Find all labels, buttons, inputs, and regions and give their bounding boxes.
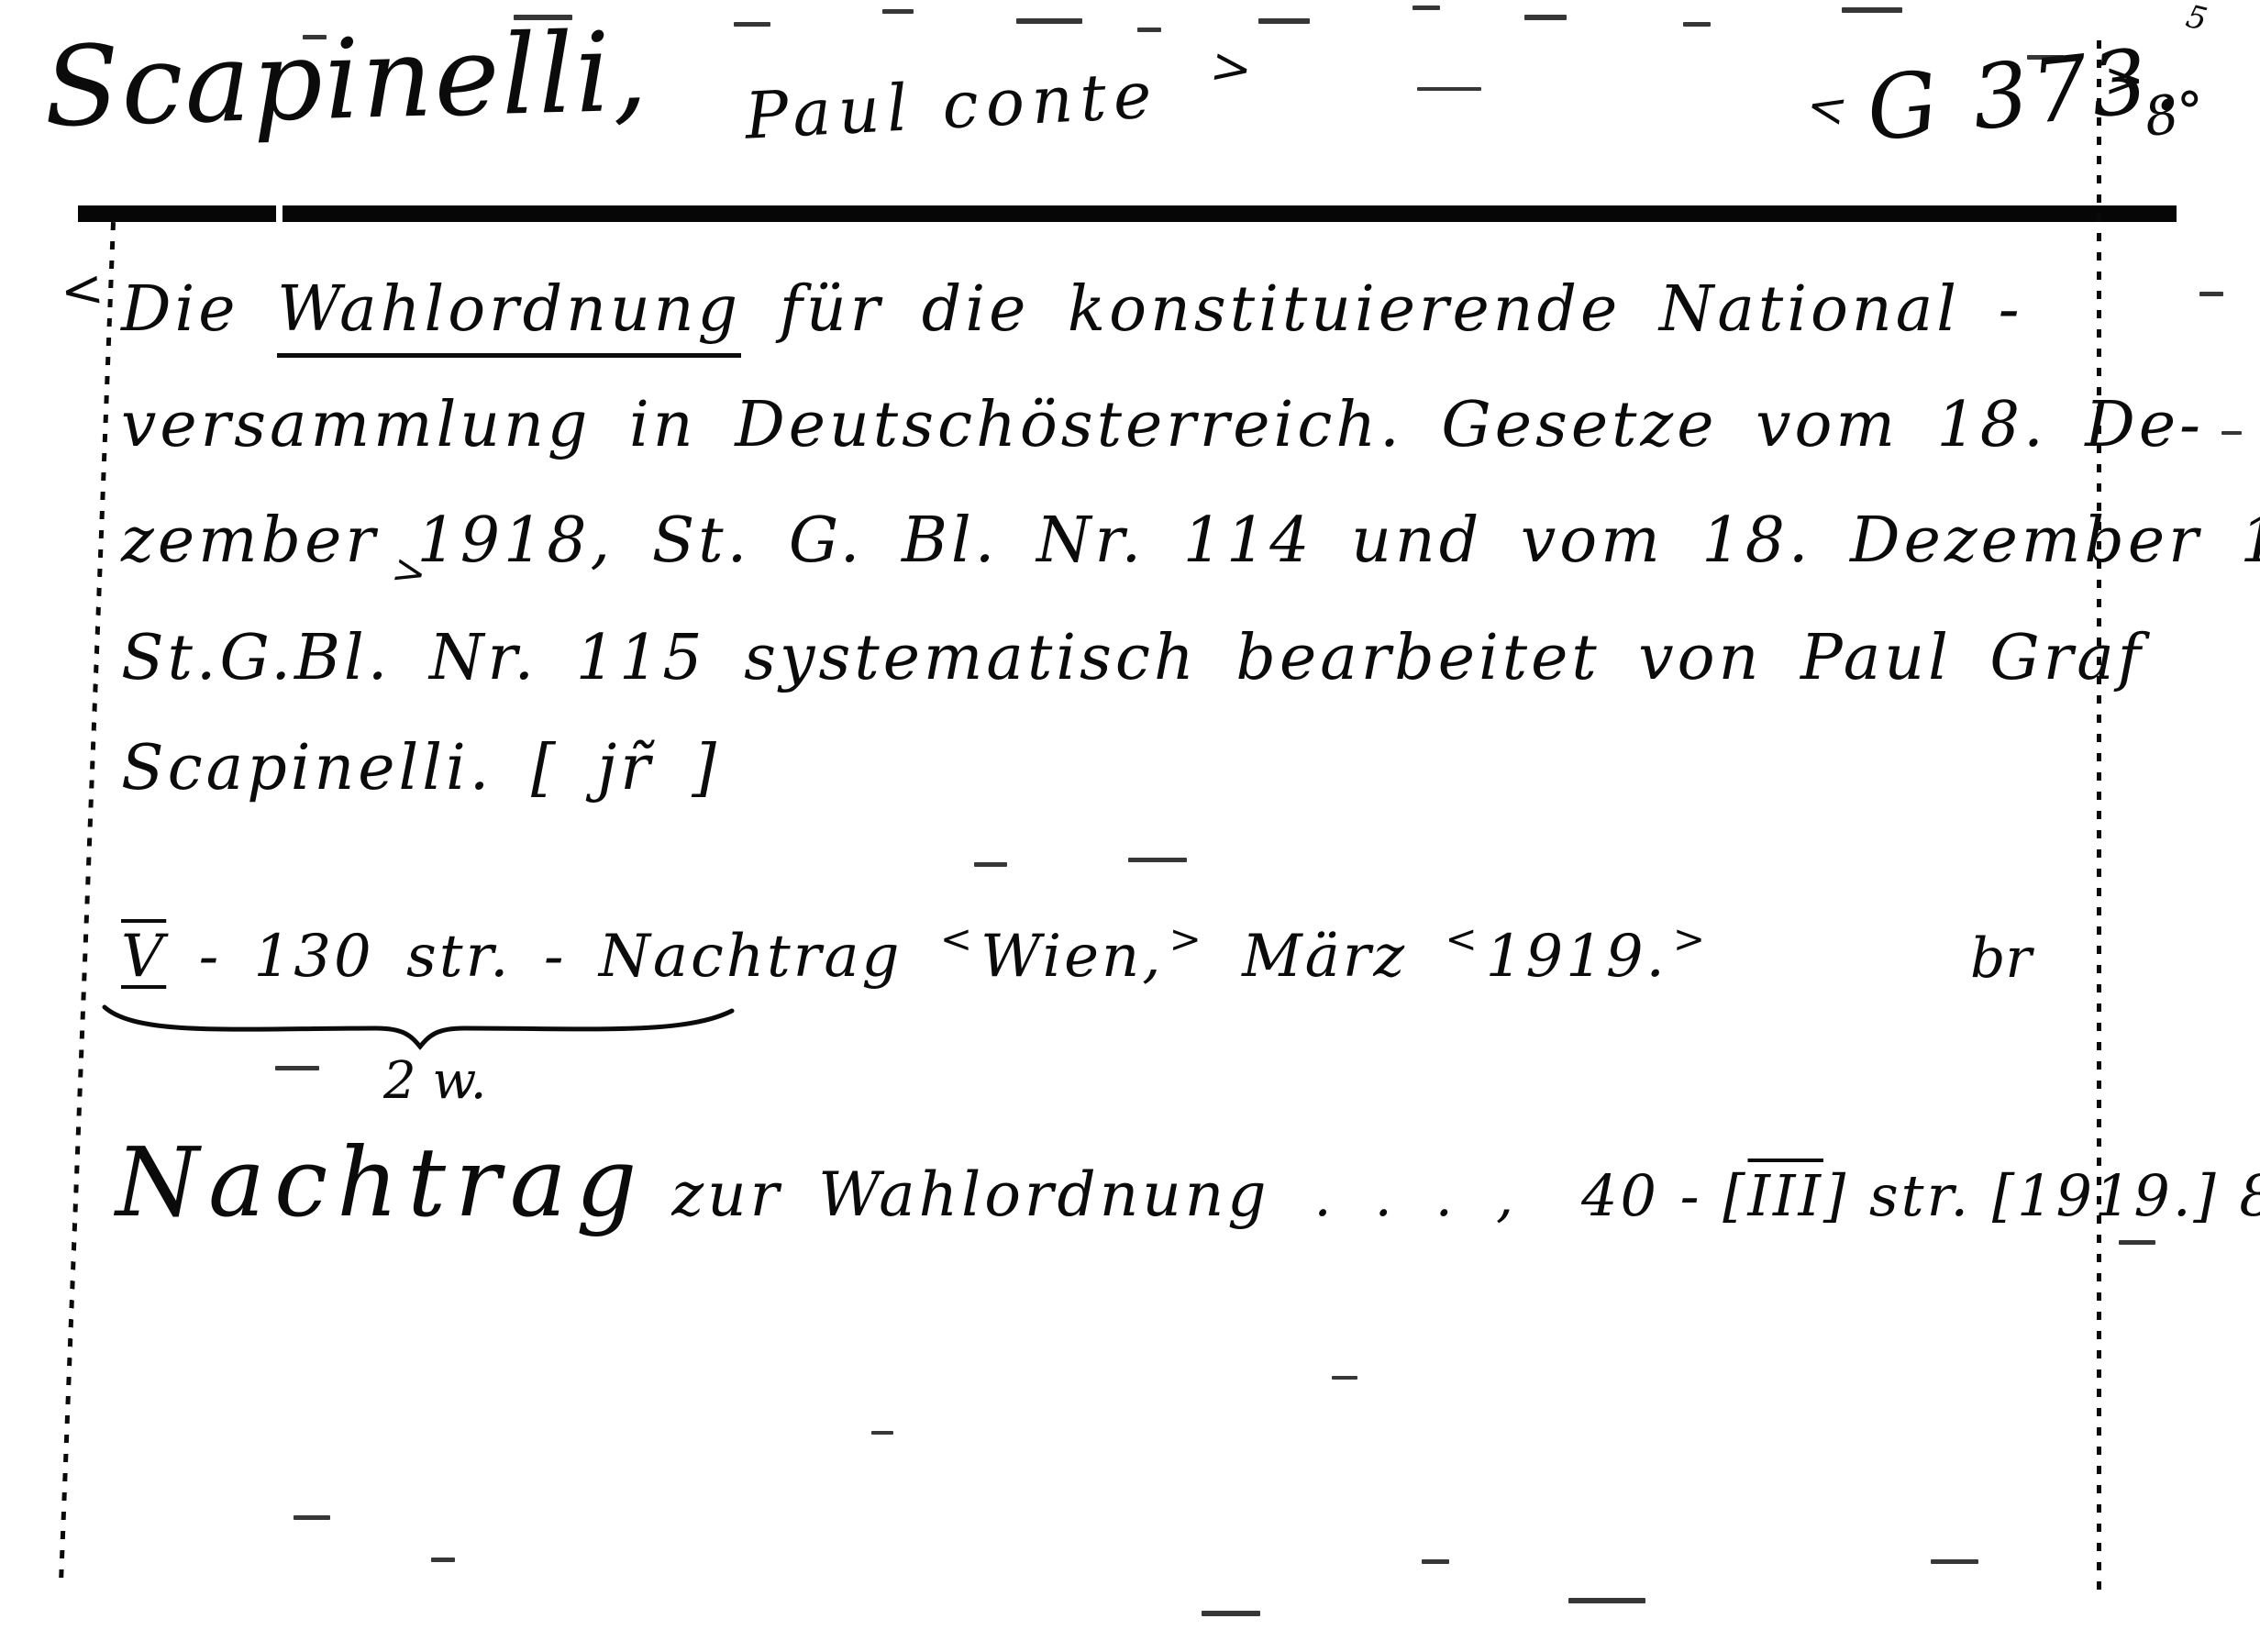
extent: - 130 str. - Nachtrag: [166, 923, 935, 991]
scan-noise-mark: [1332, 1376, 1357, 1380]
title-line-1-post: für die konstituierende National -: [741, 273, 2023, 346]
imprint-place: Wien,: [980, 923, 1164, 991]
scan-noise-mark: [1137, 28, 1161, 32]
scan-noise-mark: [1931, 1559, 1978, 1564]
title-line-4: St.G.Bl. Nr. 115 systematisch bearbeitet…: [121, 622, 2144, 694]
supplement-title-word: Nachtrag: [116, 1126, 646, 1238]
author-surname: Scapinelli,: [42, 8, 650, 151]
scan-noise-mark: [294, 1515, 330, 1520]
title-line-1: Die Wahlordnung für die konstituierende …: [121, 273, 2023, 346]
underbrace: [101, 1002, 736, 1051]
author-forename: Paul conte: [743, 57, 1160, 154]
scan-noise-mark: [1568, 1598, 1645, 1603]
title-line-5: Scapinelli. [ jr̃ ]: [121, 732, 720, 804]
scan-noise-mark: [1016, 18, 1082, 24]
imprint-year: 1919.: [1486, 923, 1667, 991]
scan-noise-mark: [2221, 431, 2242, 435]
scan-noise-mark: [1842, 7, 1902, 13]
volume-numeral: V: [121, 923, 166, 991]
insertion-caret: >: [1207, 36, 1257, 99]
scan-noise-mark: [871, 1431, 893, 1435]
title-line-2: versammlung in Deutschösterreich. Gesetz…: [121, 389, 2204, 461]
supplement-extent: 40 - [III] str. [1919.] 8°: [1526, 1162, 2260, 1229]
insertion-caret: >: [1164, 916, 1210, 961]
collation-line: V - 130 str. - Nachtrag <Wien,> März <19…: [121, 923, 1713, 991]
insertion-caret: <: [1439, 916, 1485, 961]
scan-noise-mark: [882, 9, 914, 14]
scan-noise-mark: [2027, 55, 2064, 60]
margin-caret: <: [58, 259, 106, 323]
binding-note: br: [1970, 926, 2032, 991]
scan-noise-mark: [1524, 15, 1567, 20]
insertion-caret: >: [2104, 53, 2144, 108]
supplement-extent-post: ] str. [1919.] 8°: [1823, 1162, 2260, 1229]
scan-noise-mark: [2119, 1240, 2155, 1245]
scan-noise-mark: [974, 862, 1007, 867]
insertion-caret: <: [1801, 77, 1852, 139]
title-line-1-pre: Die: [121, 273, 277, 346]
right-margin-dashed-line: [2097, 40, 2101, 1592]
scan-noise-mark: [1412, 6, 1440, 10]
scan-noise-mark: [1422, 1559, 1449, 1564]
supplement-line: Nachtragzur Wahlordnung. . . ,40 - [III]…: [116, 1126, 2260, 1238]
scan-noise-mark: [1258, 18, 1310, 24]
supplement-dots: . . . ,: [1270, 1165, 1527, 1229]
scan-noise-mark: [1683, 22, 1711, 27]
scan-noise-mark: [1417, 87, 1481, 91]
format-mark: 8°: [2141, 79, 2210, 150]
insertion-caret: >: [1667, 916, 1713, 961]
supplement-extent-pre: 40 - [: [1581, 1162, 1747, 1229]
catalog-card-scan: Scapinelli, Paul conte > < G 373. > 8° 5…: [0, 0, 2260, 1652]
scan-noise-mark: [734, 22, 770, 27]
corner-stray-mark: 5: [2182, 0, 2210, 39]
header-rule-gap: [276, 205, 282, 222]
scan-noise-mark: [1128, 858, 1187, 862]
insertion-caret: <: [935, 916, 980, 961]
imprint-month: März: [1210, 923, 1440, 991]
left-margin-dashed-line: [59, 222, 116, 1588]
scan-noise-mark: [514, 15, 572, 20]
scan-noise-mark: [2199, 292, 2223, 296]
scan-noise-mark: [275, 1066, 319, 1070]
scan-noise-mark: [303, 35, 327, 39]
underbrace-path: [105, 1007, 732, 1047]
scan-noise-mark: [1202, 1611, 1260, 1616]
copies-note: 2 w.: [383, 1051, 487, 1111]
header-rule: [78, 205, 2177, 222]
title-keyword-underlined: Wahlordnung: [277, 273, 741, 358]
supplement-extent-numeral: III: [1747, 1162, 1822, 1229]
scan-noise-mark: [431, 1558, 455, 1562]
supplement-title-rest: zur Wahlordnung: [646, 1159, 1269, 1230]
title-line-3: zember 1918, St. G. Bl. Nr. 114 und vom …: [121, 504, 2260, 577]
